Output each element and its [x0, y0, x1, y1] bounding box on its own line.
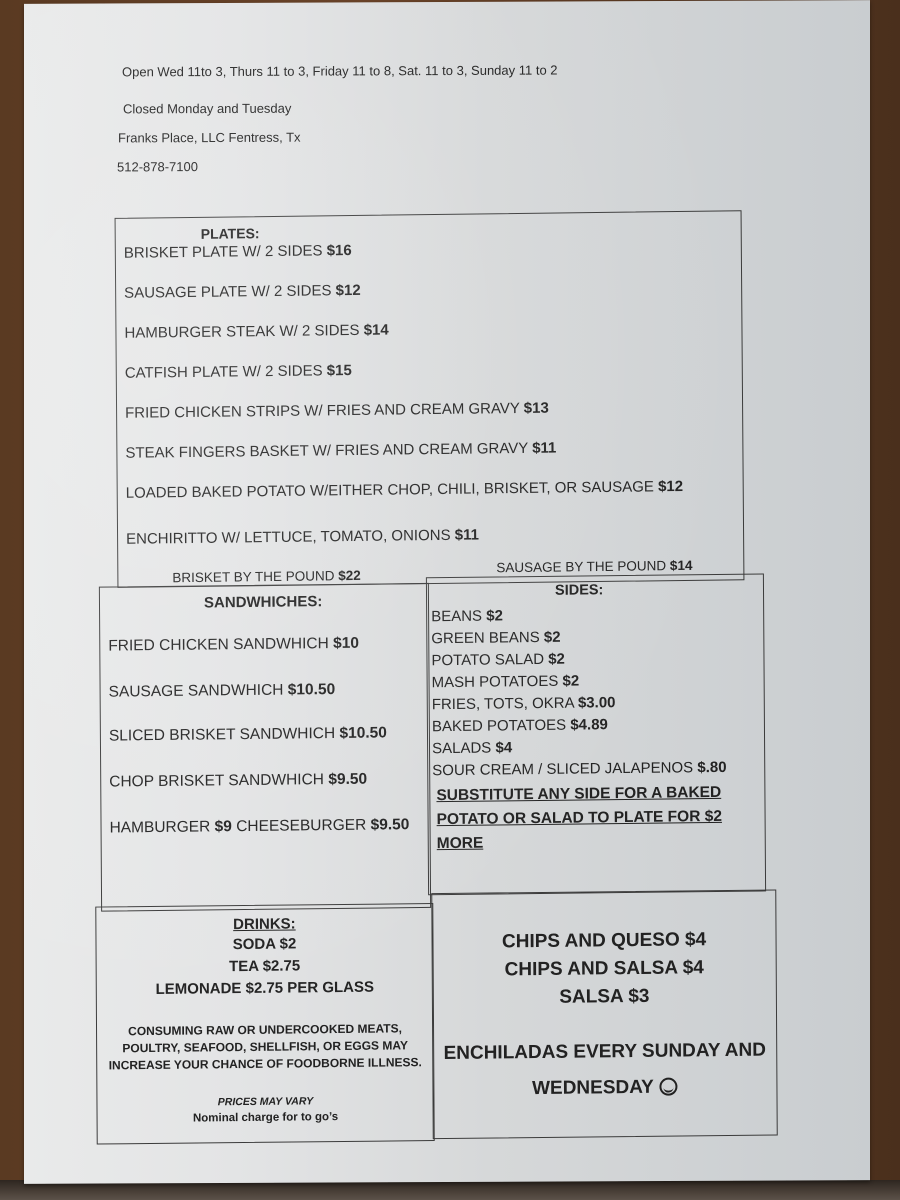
menu-paper: Open Wed 11to 3, Thurs 11 to 3, Friday 1…	[24, 0, 870, 1184]
menu-item: HAMBURGER $9 CHEESEBURGER $9.50	[109, 816, 409, 837]
sausage-by-pound: SAUSAGE BY THE POUND $14	[496, 558, 692, 575]
business-name: Franks Place, LLC Fentress, Tx	[118, 130, 301, 146]
menu-item: STEAK FINGERS BASKET W/ FRIES AND CREAM …	[125, 440, 556, 462]
drinks-title: DRINKS:	[96, 914, 432, 935]
drink-item: LEMONADE $2.75 PER GLASS	[97, 978, 433, 999]
menu-item: CATFISH PLATE W/ 2 SIDES $15	[125, 362, 352, 382]
menu-item: FRIED CHICKEN STRIPS W/ FRIES AND CREAM …	[125, 400, 549, 422]
menu-item: SALADS $4	[432, 739, 512, 757]
drink-item: TEA $2.75	[97, 956, 433, 977]
snack-item: CHIPS AND QUESO $4	[432, 929, 775, 955]
snack-item: SALSA $3	[433, 985, 776, 1011]
drink-item: SODA $2	[96, 934, 432, 955]
menu-item: CHOP BRISKET SANDWHICH $9.50	[109, 771, 367, 792]
smiley-face-icon	[660, 1078, 678, 1096]
enchilada-promo-line2: WEDNESDAY	[433, 1069, 776, 1109]
sandwiches-title: SANDWHICHES:	[204, 593, 322, 611]
phone-number: 512-878-7100	[117, 159, 198, 174]
hours-text: Open Wed 11to 3, Thurs 11 to 3, Friday 1…	[122, 63, 558, 80]
brisket-by-pound: BRISKET BY THE POUND $22	[172, 568, 360, 585]
menu-item: SAUSAGE PLATE W/ 2 SIDES $12	[124, 282, 361, 302]
sides-title: SIDES:	[555, 582, 603, 599]
snack-item: CHIPS AND SALSA $4	[433, 957, 776, 983]
prices-may-vary: PRICES MAY VARY	[97, 1094, 433, 1110]
closed-days-text: Closed Monday and Tuesday	[123, 101, 291, 117]
menu-item: SLICED BRISKET SANDWHICH $10.50	[109, 724, 387, 745]
enchilada-promo-line1: ENCHILADAS EVERY SUNDAY AND	[433, 1033, 776, 1073]
sandwiches-section: SANDWHICHES: FRIED CHICKEN SANDWHICH $10…	[99, 583, 431, 912]
menu-item: SAUSAGE SANDWHICH $10.50	[109, 681, 336, 702]
menu-item: ENCHIRITTO W/ LETTUCE, TOMATO, ONIONS $1…	[126, 526, 479, 547]
menu-item: SOUR CREAM / SLICED JALAPENOS $.80	[432, 759, 726, 779]
food-safety-warning: CONSUMING RAW OR UNDERCOOKED MEATS, POUL…	[97, 1020, 433, 1075]
menu-item: POTATO SALAD $2	[431, 651, 565, 670]
menu-item: LOADED BAKED POTATO W/EITHER CHOP, CHILI…	[126, 478, 683, 502]
to-go-charge-note: Nominal charge for to go’s	[98, 1110, 434, 1126]
menu-item: MASH POTATOES $2	[432, 673, 580, 692]
menu-item: BAKED POTATOES $4.89	[432, 716, 608, 735]
substitute-note: SUBSTITUTE ANY SIDE FOR A BAKED POTATO O…	[436, 781, 736, 856]
plates-section: PLATES: BRISKET PLATE W/ 2 SIDES $16 SAU…	[115, 210, 745, 588]
menu-item: BRISKET PLATE W/ 2 SIDES $16	[124, 242, 352, 262]
drinks-section: DRINKS: SODA $2 TEA $2.75 LEMONADE $2.75…	[95, 903, 434, 1145]
menu-item: GREEN BEANS $2	[431, 629, 560, 647]
menu-item: FRIES, TOTS, OKRA $3.00	[432, 694, 616, 713]
menu-item: FRIED CHICKEN SANDWHICH $10	[108, 635, 359, 656]
plates-title: PLATES:	[201, 225, 260, 242]
sides-section: SIDES: BEANS $2 GREEN BEANS $2 POTATO SA…	[426, 573, 766, 895]
menu-item: BEANS $2	[431, 607, 503, 625]
snacks-section: CHIPS AND QUESO $4 CHIPS AND SALSA $4 SA…	[431, 890, 777, 1140]
menu-item: HAMBURGER STEAK W/ 2 SIDES $14	[124, 322, 388, 342]
